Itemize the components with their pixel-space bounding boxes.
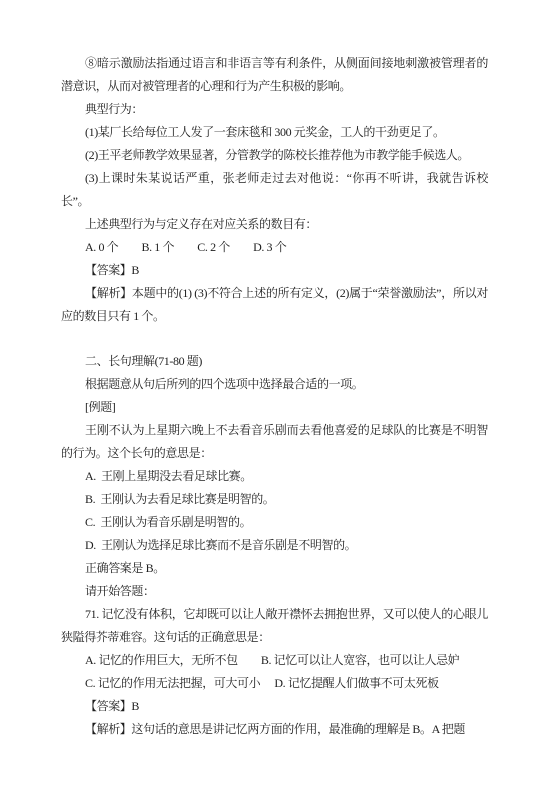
example-option-d: D. 王刚认为选择足球比赛而不是音乐剧是不明智的。 [61,534,488,557]
correspondence-question: 上述典型行为与定义存在对应关系的数目有： [61,213,488,236]
question-71: 71. 记忆没有体积，它却既可以让人敞开襟怀去拥抱世界，又可以使人的心眼儿狭隘得… [61,603,488,649]
answer-line: 【答案】B [61,259,488,282]
analysis-paragraph: 【解析】本题中的(1) (3)不符合上述的所有定义，(2)属于“荣誉激励法”，所… [61,282,488,328]
example-option-c: C. 王刚认为看音乐剧是明智的。 [61,511,488,534]
instruction-paragraph: 根据题意从句后所列的四个选项中选择最合适的一项。 [61,373,488,396]
example-option-a: A. 王刚上星期没去看足球比赛。 [61,465,488,488]
definition-paragraph: ⑧暗示激励法指通过语言和非语言等有利条件，从侧面间接地刺激被管理者的潜意识，从而… [61,52,488,98]
document-page: ⑧暗示激励法指通过语言和非语言等有利条件，从侧面间接地刺激被管理者的潜意识，从而… [0,0,550,795]
section-heading: 二、长句理解(71-80 题) [61,350,488,373]
typical-behavior-label: 典型行为： [61,98,488,121]
start-answering-prompt: 请开始答题： [61,580,488,603]
example-question: 王刚不认为上星期六晚上不去看音乐剧而去看他喜爱的足球队的比赛是不明智的行为。这个… [61,419,488,465]
q71-options-line-2: C. 记忆的作用无法把握，可大可小 D. 记忆提醒人们做事不可太死板 [61,672,488,695]
document-body: ⑧暗示激励法指通过语言和非语言等有利条件，从侧面间接地刺激被管理者的潜意识，从而… [0,0,550,741]
q71-analysis-paragraph: 【解析】这句话的意思是讲记忆两方面的作用，最准确的理解是 B。A 把题 [61,718,488,741]
example-option-b: B. 王刚认为去看足球比赛是明智的。 [61,488,488,511]
q71-options-line-1: A. 记忆的作用巨大，无所不包 B. 记忆可以让人宽容，也可以让人忌妒 [61,649,488,672]
behavior-item-2: (2)王平老师教学效果显著，分管教学的陈校长推荐他为市教学能手候选人。 [61,144,488,167]
options-line: A. 0 个 B. 1 个 C. 2 个 D. 3 个 [61,236,488,259]
behavior-item-1: (1)某厂长给每位工人发了一套床毯和 300 元奖金，工人的干劲更足了。 [61,121,488,144]
behavior-item-3: (3)上课时朱某说话严重，张老师走过去对他说：“你再不听讲，我就告诉校长”。 [61,167,488,213]
example-label: [例题] [61,396,488,419]
q71-answer-line: 【答案】B [61,695,488,718]
correct-answer-line: 正确答案是 B。 [61,557,488,580]
